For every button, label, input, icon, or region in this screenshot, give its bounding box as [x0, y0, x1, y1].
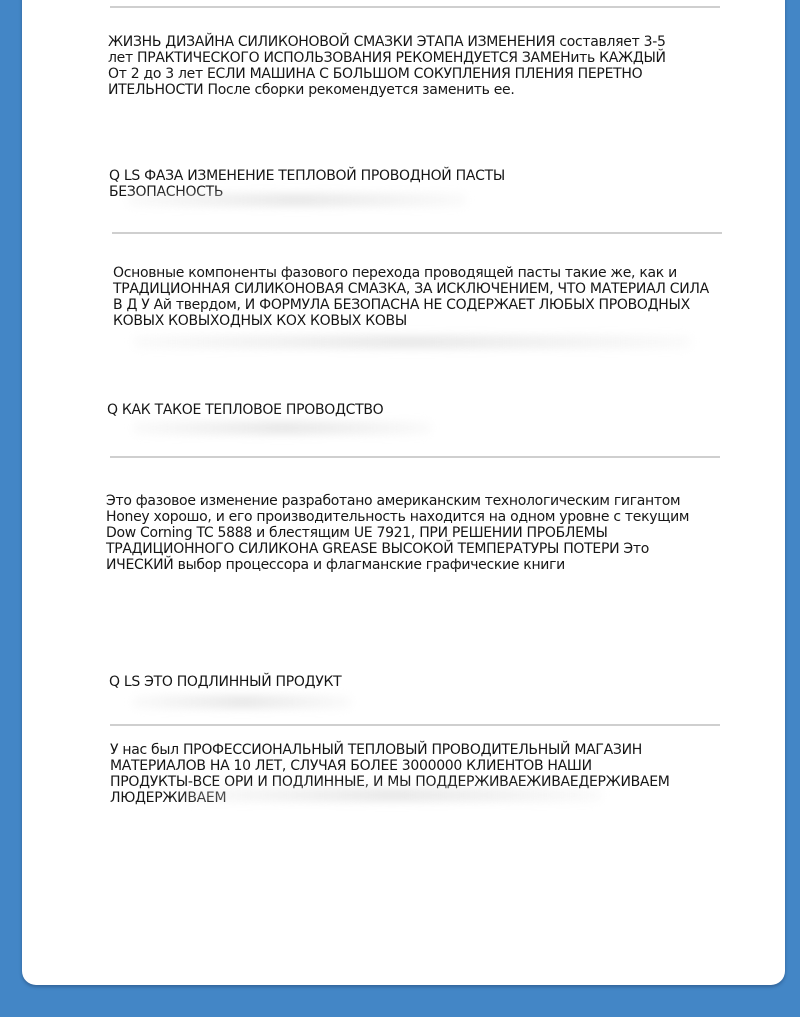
- section-2-body: Основные компоненты фазового перехода пр…: [113, 265, 713, 329]
- blurred-text-artifact: [132, 335, 692, 349]
- section-3-body: Это фазовое изменение разработано америк…: [106, 493, 691, 573]
- content-card: ЖИЗНЬ ДИЗАЙНА СИЛИКОНОВОЙ СМАЗКИ ЭТАПА И…: [22, 0, 785, 985]
- section-4-question: Q LS ЭТО ПОДЛИННЫЙ ПРОДУКТ: [109, 674, 409, 690]
- section-divider: [110, 456, 720, 458]
- section-divider: [110, 724, 720, 726]
- blurred-text-artifact: [132, 695, 352, 709]
- section-1-body: ЖИЗНЬ ДИЗАЙНА СИЛИКОНОВОЙ СМАЗКИ ЭТАПА И…: [108, 34, 678, 98]
- section-divider: [112, 232, 722, 234]
- section-3-question: Q КАК ТАКОЕ ТЕПЛОВОЕ ПРОВОДСТВО: [107, 402, 507, 418]
- blurred-text-artifact: [132, 421, 432, 435]
- blurred-text-artifact: [182, 788, 602, 802]
- blurred-text-artifact: [127, 193, 467, 207]
- section-divider: [110, 6, 720, 8]
